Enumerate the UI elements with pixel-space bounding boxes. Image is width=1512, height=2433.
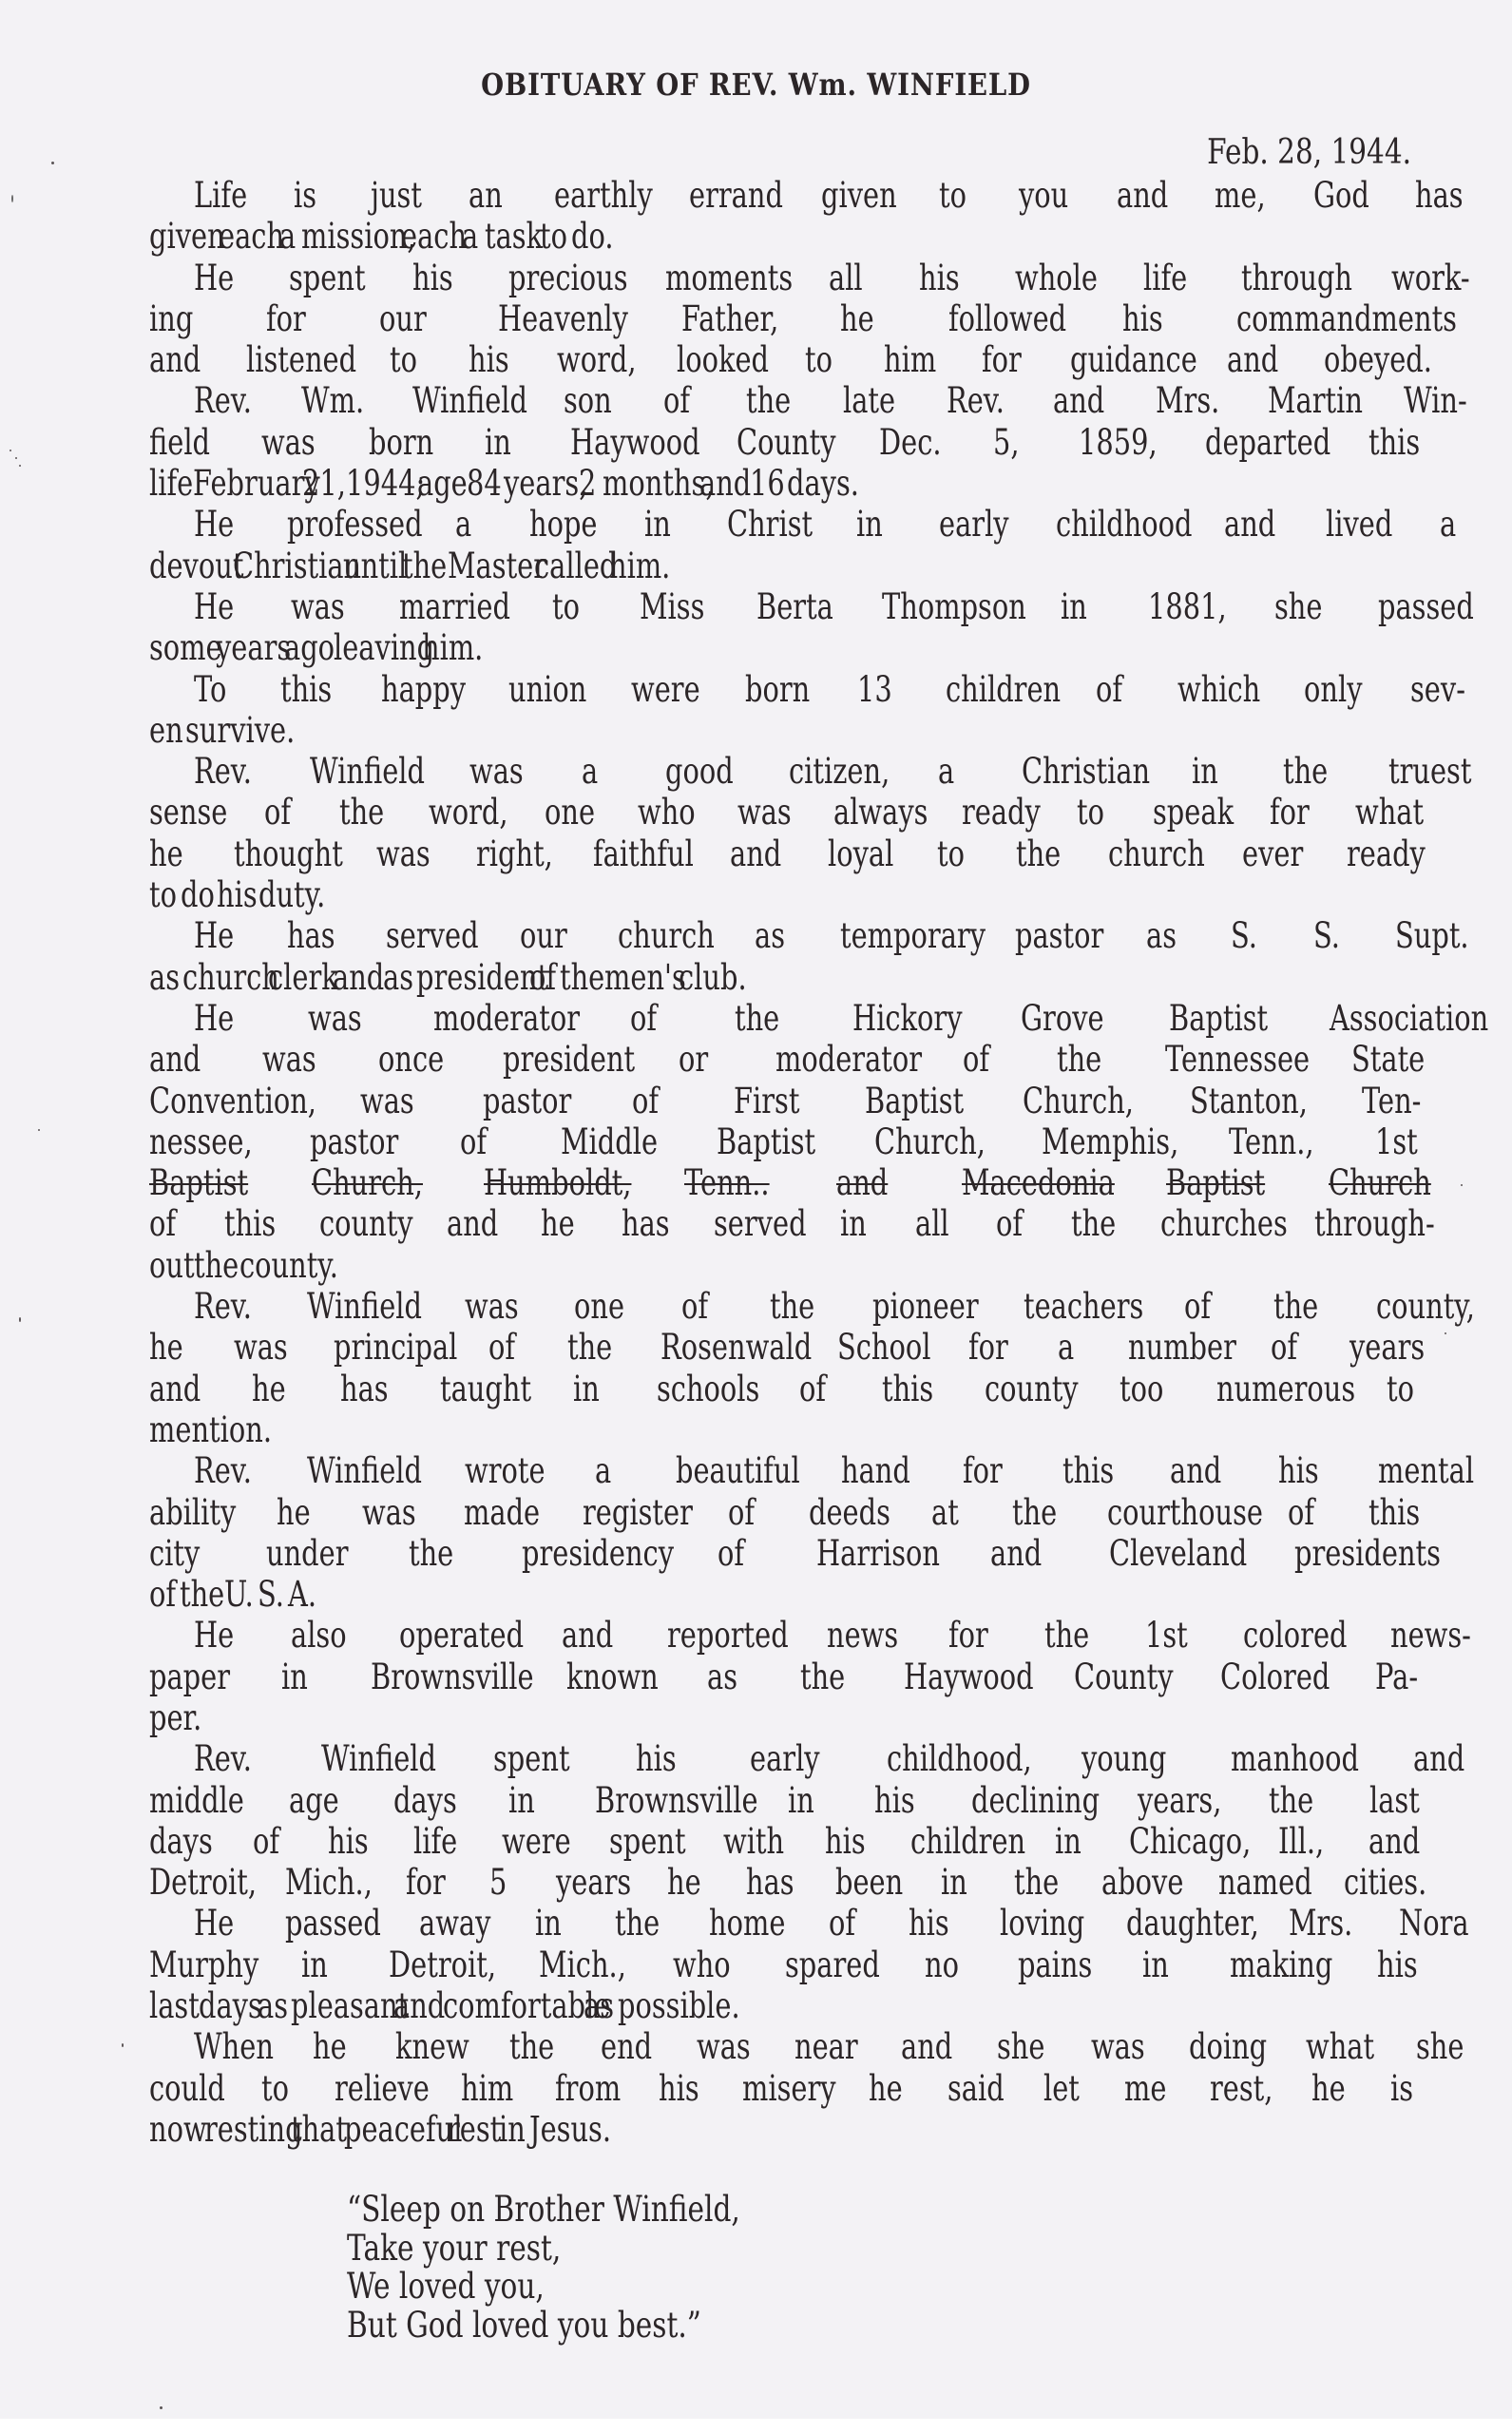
poem-line: But God loved you best.”: [347, 2307, 740, 2346]
scan-speck: [1461, 1184, 1463, 1186]
poem-line: We loved you,: [347, 2268, 740, 2307]
text-line: oftheU.S.A.: [149, 1574, 1408, 1615]
scan-speck: [51, 162, 54, 164]
obituary-date: Feb. 28, 1944.: [1207, 133, 1411, 172]
scan-speck: [11, 195, 13, 202]
text-line: lifeFebruary21,1944;age84years,2months,a…: [149, 463, 1408, 504]
text-line: MurphyinDetroit,Mich.,whosparednopainsin…: [149, 1944, 1408, 1985]
text-line: fieldwasborninHaywoodCountyDec.5,1859,de…: [149, 422, 1408, 463]
text-line: ensurvive.: [149, 710, 1408, 751]
text-line: hewasprincipaloftheRosenwaldSchoolforanu…: [149, 1327, 1408, 1368]
text-line: Healsooperatedandreportednewsforthe1stco…: [149, 1615, 1453, 1656]
text-line: someyearsagoleavinghim.: [149, 627, 1408, 668]
text-line: cityunderthepresidencyofHarrisonandCleve…: [149, 1533, 1408, 1574]
text-line: devoutChristianuntiltheMastercalledhim.: [149, 546, 1408, 586]
text-line: Rev.Winfieldspenthisearlychildhood,young…: [149, 1738, 1453, 1779]
text-line: Rev.Winfieldwroteabeautifulhandforthisan…: [149, 1450, 1453, 1491]
poem-line: Take your rest,: [347, 2230, 740, 2269]
text-line: HehasservedourchurchastemporarypastorasS…: [149, 915, 1453, 956]
text-line: Detroit,Mich.,for5yearshehasbeenintheabo…: [149, 1862, 1408, 1903]
text-line: per.: [149, 1697, 1408, 1738]
text-line: Hepassedawayinthehomeofhislovingdaughter…: [149, 1903, 1453, 1944]
text-line: andwasoncepresidentormoderatoroftheTenne…: [149, 1039, 1408, 1080]
scan-edge: [0, 2419, 1512, 2433]
text-line: couldtorelievehimfromhismiseryhesaidletm…: [149, 2068, 1408, 2109]
text-line: HewasmoderatoroftheHickoryGroveBaptistAs…: [149, 998, 1453, 1039]
text-line: lastdaysaspleasantandcomfortableaspossib…: [149, 1985, 1408, 2026]
text-line: Rev.Winfieldwasoneofthepioneerteachersof…: [149, 1286, 1453, 1327]
text-line: andlistenedtohisword,lookedtohimforguida…: [149, 339, 1408, 380]
text-line: abilityhewasmaderegisterofdeedsatthecour…: [149, 1492, 1408, 1533]
text-line: Lifeisjustanearthlyerrandgiventoyouandme…: [149, 175, 1453, 216]
text-line: todohisduty.: [149, 874, 1408, 915]
scan-speck: [38, 1129, 40, 1131]
obituary-body: Lifeisjustanearthlyerrandgiventoyouandme…: [149, 175, 1408, 2150]
scan-speck: [10, 450, 11, 451]
poem-line: “Sleep on Brother Winfield,: [347, 2191, 740, 2230]
text-line: hethoughtwasright,faithfulandloyaltothec…: [149, 833, 1408, 874]
scan-speck: [1445, 1332, 1446, 1334]
scan-speck: [15, 457, 17, 459]
obituary-title: OBITUARY OF REV. Wm. WINFIELD: [105, 67, 1406, 103]
text-line: Convention,waspastorofFirstBaptistChurch…: [149, 1081, 1408, 1121]
text-line: Tothishappyunionwereborn13childrenofwhic…: [149, 669, 1453, 710]
scan-speck: [122, 2043, 124, 2047]
text-line: daysofhislifewerespentwithhischildreninC…: [149, 1821, 1408, 1862]
text-line: senseoftheword,onewhowasalwaysreadytospe…: [149, 792, 1408, 833]
text-line: nessee,pastorofMiddleBaptistChurch,Memph…: [149, 1121, 1408, 1162]
text-line: giveneachamission,eachatasktodo.: [149, 216, 1408, 257]
scanned-page: OBITUARY OF REV. Wm. WINFIELD Feb. 28, 1…: [0, 0, 1512, 2419]
text-line: Rev.Wm.WinfieldsonofthelateRev.andMrs.Ma…: [149, 380, 1453, 421]
text-line: andhehastaughtinschoolsofthiscountytoonu…: [149, 1369, 1408, 1409]
text-line: ingforourHeavenlyFather,hefollowedhiscom…: [149, 298, 1408, 339]
scan-speck: [19, 465, 21, 467]
text-line: aschurchclerkandaspresidentofthemen'sclu…: [149, 957, 1408, 998]
text-line: outthecounty.: [149, 1245, 1408, 1286]
text-line: middleagedaysinBrownsvilleinhisdeclining…: [149, 1780, 1408, 1821]
closing-poem: “Sleep on Brother Winfield,Take your res…: [347, 2191, 838, 2345]
text-line: HeprofessedahopeinChristinearlychildhood…: [149, 504, 1453, 545]
text-line: Rev.Winfieldwasagoodcitizen,aChristianin…: [149, 751, 1453, 792]
text-line: Hespenthispreciousmomentsallhiswholelife…: [149, 258, 1453, 298]
scan-speck: [19, 1317, 21, 1322]
text-line: Whenheknewtheendwasnearandshewasdoingwha…: [149, 2026, 1453, 2067]
text-line: paperinBrownsvilleknownastheHaywoodCount…: [149, 1657, 1408, 1697]
text-line: ofthiscountyandhehasservedinallofthechur…: [149, 1203, 1408, 1244]
text-line: BaptistChurch,Humboldt,Tenn..andMacedoni…: [149, 1162, 1408, 1203]
text-line: mention.: [149, 1409, 1408, 1450]
text-line: HewasmarriedtoMissBertaThompsonin1881,sh…: [149, 586, 1453, 627]
scan-speck: [160, 2406, 163, 2409]
text-line: nowrestingthatpeacefulrestinJesus.: [149, 2109, 1408, 2150]
